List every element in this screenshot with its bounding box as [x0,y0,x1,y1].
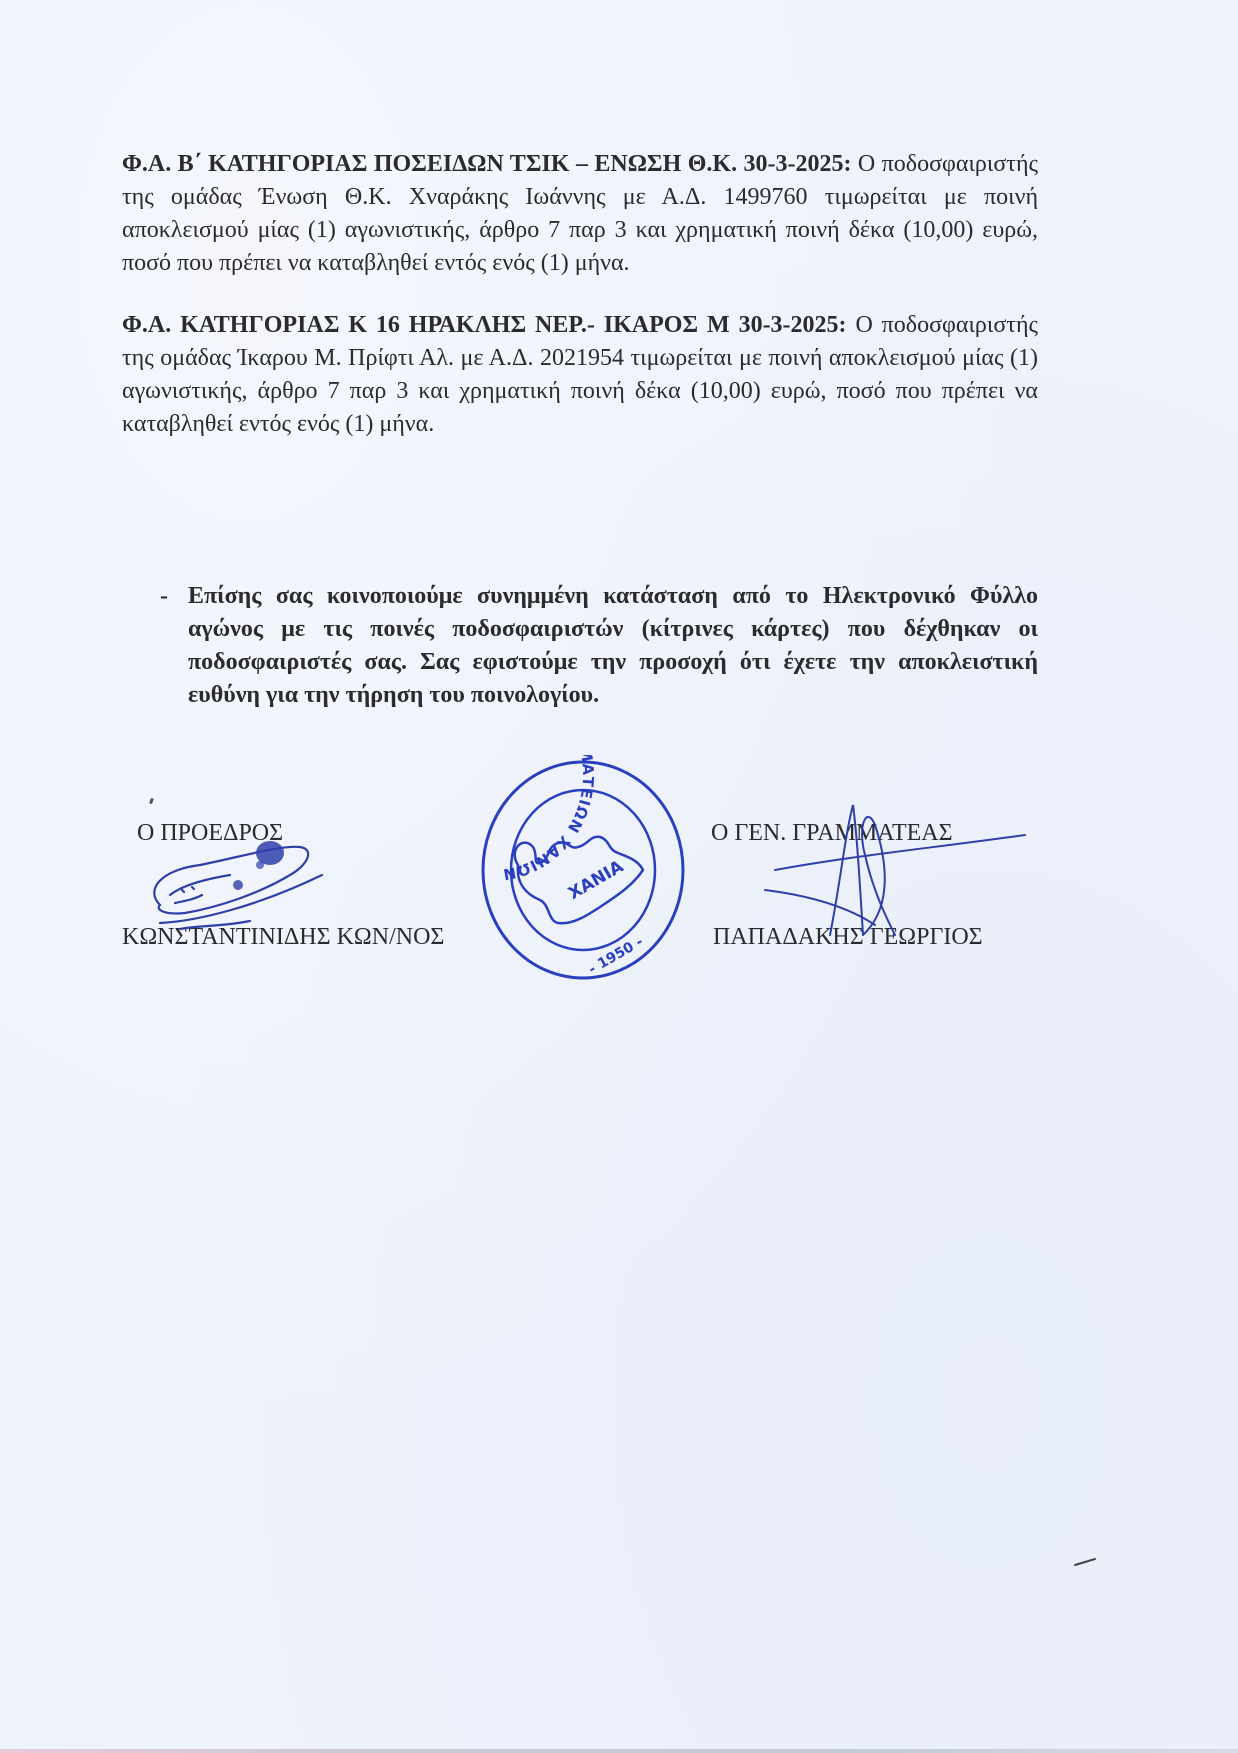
ruling-heading-1: Φ.Α. Β΄ ΚΑΤΗΓΟΡΙΑΣ ΠΟΣΕΙΔΩΝ ΤΣΙΚ – ΕΝΩΣΗ… [122,151,851,177]
president-signature-icon [140,835,330,935]
association-stamp-icon: ΧΑΝΙΑ ΕΝΩΣΗ ΠΟΔΟΣΦΑΙΡΙΚΩΝ ΣΩΜΑΤΕΙΩΝ ΧΑΝΙ… [478,755,688,985]
stamp-center-text: ΧΑΝΙΑ [565,856,628,904]
ruling-paragraph-2: Φ.Α. ΚΑΤΗΓΟΡΙΑΣ Κ 16 ΗΡΑΚΛΗΣ ΝΕΡ.- ΙΚΑΡΟ… [122,309,1038,441]
ruling-heading-2: Φ.Α. ΚΑΤΗΓΟΡΙΑΣ Κ 16 ΗΡΑΚΛΗΣ ΝΕΡ.- ΙΚΑΡΟ… [122,312,847,338]
stray-ink-mark [1073,1557,1097,1567]
ruling-paragraph-1: Φ.Α. Β΄ ΚΑΤΗΓΟΡΙΑΣ ΠΟΣΕΙΔΩΝ ΤΣΙΚ – ΕΝΩΣΗ… [122,148,1038,280]
secretary-signature-icon [735,795,1035,945]
bullet-dash: - [160,580,168,613]
scan-edge [0,1749,1238,1753]
notice-list-item: - Επίσης σας κοινοποιούμε συνημμένη κατά… [160,580,1038,712]
notice-text: Επίσης σας κοινοποιούμε συνημμένη κατάστ… [188,580,1038,712]
document-body: Φ.Α. Β΄ ΚΑΤΗΓΟΡΙΑΣ ΠΟΣΕΙΔΩΝ ΤΣΙΚ – ΕΝΩΣΗ… [122,148,1038,470]
